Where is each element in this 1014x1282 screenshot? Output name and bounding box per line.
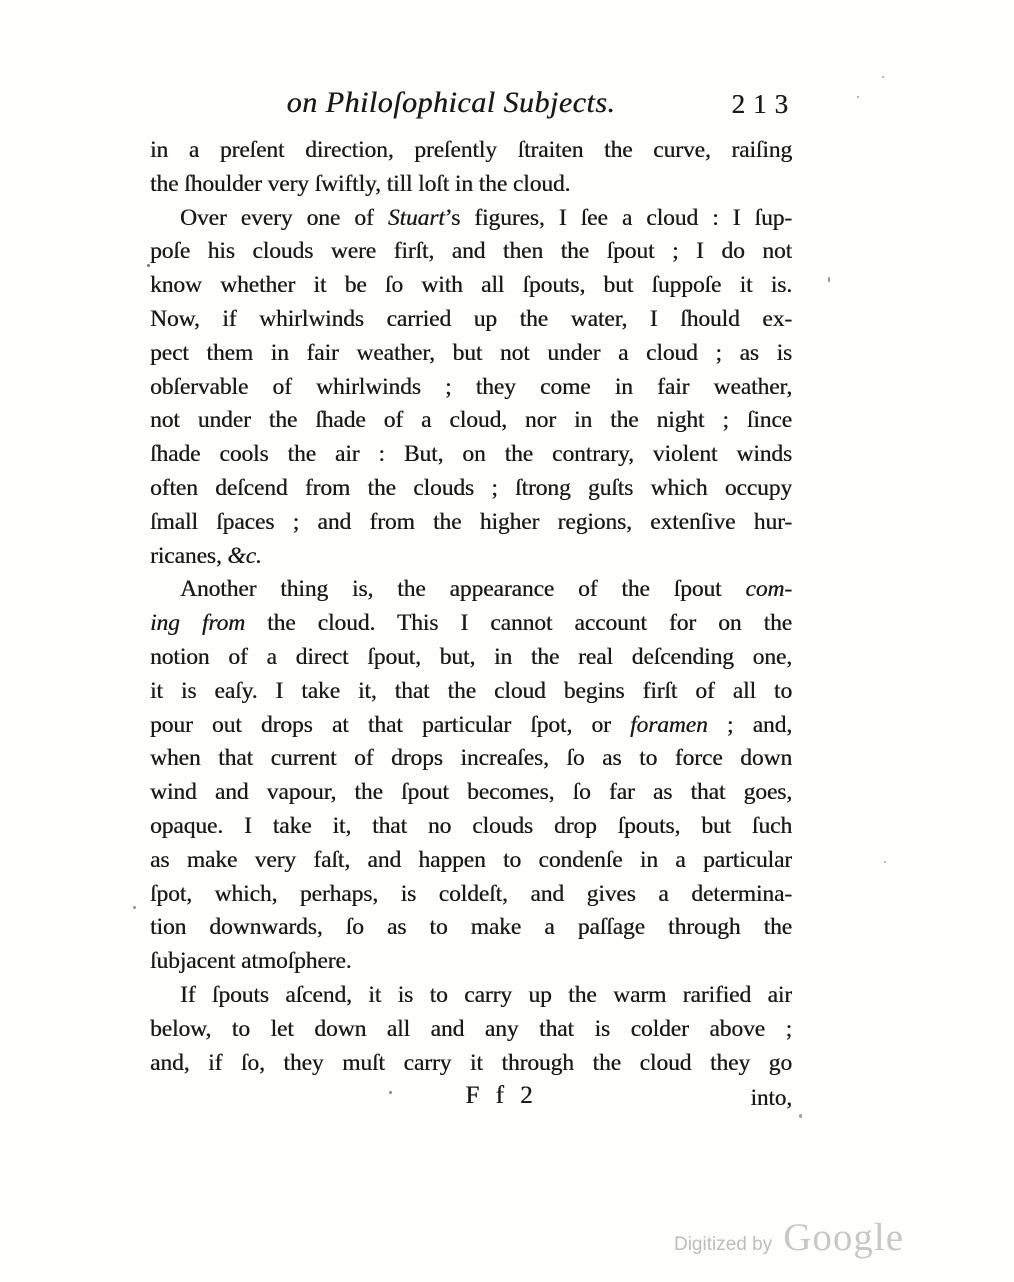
text-segment: know whether it be ſo with all ſpouts, b… [150,272,792,298]
text-line: often deſcend from the clouds ; ſtrong g… [150,472,792,506]
text-line: ricanes, &c. [150,540,792,574]
scanned-book-page: on Philoſophical Subjects. 213 in a preſ… [0,0,1014,1282]
text-line: wind and vapour, the ſpout becomes, ſo f… [150,776,792,810]
scan-speck [389,1091,392,1094]
running-title: on Philoſophical Subjects. [150,86,752,120]
body-text: in a preſent direction, preſently ſtrait… [150,134,792,1080]
text-segment: Another thing is, the appearance of the … [180,576,745,602]
text-line: not under the ſhade of a cloud, nor in t… [150,404,792,438]
text-segment: ricanes, [150,543,227,569]
text-line: ſpot, which, perhaps, is coldeſt, and gi… [150,878,792,912]
text-line: when that current of drops increaſes, ſo… [150,742,792,776]
text-segment: often deſcend from the clouds ; ſtrong g… [150,475,792,501]
scan-speck [133,906,136,909]
text-line: below, to let down all and any that is c… [150,1013,792,1047]
text-segment: ; and, [708,712,792,738]
text-segment: notion of a direct ſpout, but, in the re… [150,644,792,670]
text-segment: ſubjacent atmoſphere. [150,948,351,974]
italic-text-segment: foramen [630,712,708,738]
text-line: as make very faſt, and happen to condenſ… [150,844,792,878]
text-segment: as make very faſt, and happen to condenſ… [150,847,792,873]
text-segment: and, if ſo, they muſt carry it through t… [150,1050,792,1076]
text-segment: the ſhoulder very ſwiftly, till loſt in … [150,171,570,197]
text-line: Over every one of Stuart’s figures, I ſe… [150,202,792,236]
text-line: ing from the cloud. This I cannot accoun… [150,607,792,641]
text-line: tion downwards, ſo as to make a paſſage … [150,911,792,945]
text-line: know whether it be ſo with all ſpouts, b… [150,269,792,303]
watermark: Digitized by Google [674,1215,904,1260]
italic-text-segment: Stuart [388,205,445,231]
text-line: If ſpouts aſcend, it is to carry up the … [150,979,792,1013]
catchword: into, [750,1085,792,1111]
signature-line: F f 2 into, [150,1082,792,1118]
text-segment: ſhade cools the air : But, on the contra… [150,441,792,467]
text-line: ſhade cools the air : But, on the contra… [150,438,792,472]
text-segment: opaque. I take it, that no clouds drop ſ… [150,813,792,839]
text-segment: obſervable of whirlwinds ; they come in … [150,374,792,400]
text-line: pour out drops at that particular ſpot, … [150,709,792,743]
text-segment: If ſpouts aſcend, it is to carry up the … [180,982,792,1008]
text-line: the ſhoulder very ſwiftly, till loſt in … [150,168,792,202]
text-segment: in a preſent direction, preſently ſtrait… [150,137,792,163]
scan-speck [828,277,830,282]
page-number: 213 [732,89,797,120]
text-segment: ſmall ſpaces ; and from the higher regio… [150,509,792,535]
scan-speck [857,96,859,98]
text-line: pect them in fair weather, but not under… [150,337,792,371]
text-segment: poſe his clouds were firſt, and then the… [150,238,792,264]
italic-text-segment: com- [745,576,792,602]
text-segment: tion downwards, ſo as to make a paſſage … [150,914,792,940]
text-segment: Now, if whirlwinds carried up the water,… [150,306,792,332]
text-segment: Over every one of [180,205,388,231]
scan-speck [147,264,150,267]
italic-text-segment: &c. [227,543,261,569]
text-line: it is eaſy. I take it, that the cloud be… [150,675,792,709]
text-segment: ’s figures, I ſee a cloud : I ſup- [445,205,792,231]
text-line: opaque. I take it, that no clouds drop ſ… [150,810,792,844]
text-segment: pect them in fair weather, but not under… [150,340,792,366]
text-segment: not under the ſhade of a cloud, nor in t… [150,407,792,433]
italic-text-segment: ing from [150,610,245,636]
text-segment: when that current of drops increaſes, ſo… [150,745,792,771]
text-line: in a preſent direction, preſently ſtrait… [150,134,792,168]
text-line: ſmall ſpaces ; and from the higher regio… [150,506,792,540]
text-line: obſervable of whirlwinds ; they come in … [150,371,792,405]
text-segment: below, to let down all and any that is c… [150,1016,792,1042]
text-line: Another thing is, the appearance of the … [150,573,792,607]
text-segment: wind and vapour, the ſpout becomes, ſo f… [150,779,792,805]
page-header: on Philoſophical Subjects. 213 [150,86,792,132]
text-line: notion of a direct ſpout, but, in the re… [150,641,792,675]
text-segment: pour out drops at that particular ſpot, … [150,712,630,738]
text-line: ſubjacent atmoſphere. [150,945,792,979]
scan-speck [799,1114,802,1118]
text-line: and, if ſo, they muſt carry it through t… [150,1047,792,1081]
text-segment: ſpot, which, perhaps, is coldeſt, and gi… [150,881,792,907]
signature-mark: F f 2 [178,1082,820,1110]
text-segment: the cloud. This I cannot account for on … [245,610,792,636]
text-line: Now, if whirlwinds carried up the water,… [150,303,792,337]
scan-speck [884,861,886,863]
google-logo: Google [783,1215,904,1260]
scan-speck [882,76,884,78]
text-line: poſe his clouds were firſt, and then the… [150,235,792,269]
watermark-prefix: Digitized by [674,1234,772,1256]
text-segment: it is eaſy. I take it, that the cloud be… [150,678,792,704]
